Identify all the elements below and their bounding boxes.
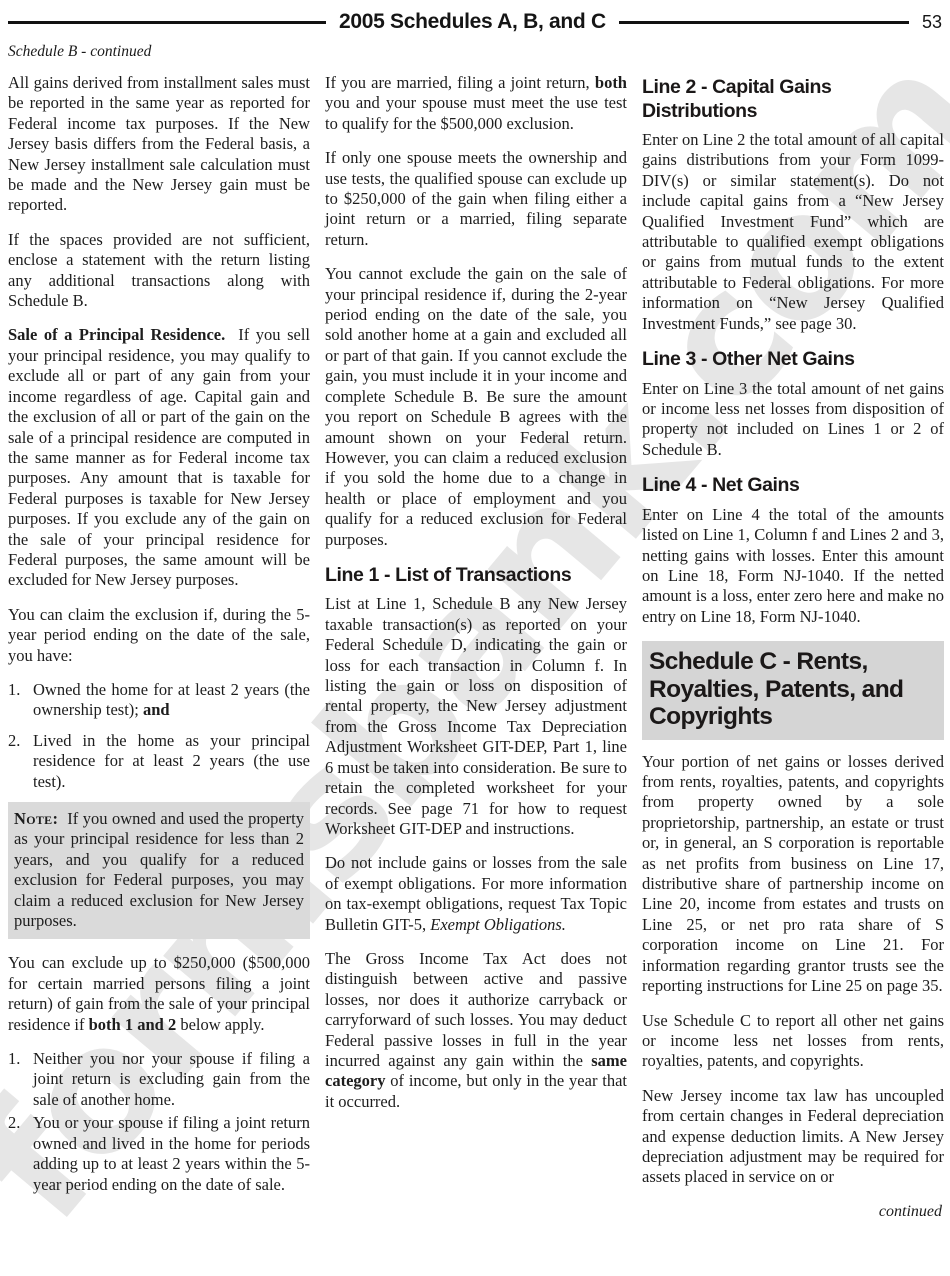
paragraph: Enter on Line 4 the total of the amounts…: [642, 505, 944, 627]
text-run: If only one spouse meets the ownership a…: [325, 148, 627, 249]
text-run: Exempt Obligations.: [430, 915, 566, 934]
text-run: Your portion of net gains or losses deri…: [642, 752, 944, 995]
list-item-number: 1.: [8, 1049, 33, 1110]
paragraph: Enter on Line 3 the total amount of net …: [642, 379, 944, 461]
continued-label: continued: [642, 1202, 944, 1221]
paragraph: Do not include gains or losses from the …: [325, 853, 627, 935]
section-heading: Line 2 - Capital Gains Distributions: [642, 76, 944, 123]
list-item-text: Lived in the home as your principal resi…: [33, 731, 310, 792]
text-run: You cannot exclude the gain on the sale …: [325, 264, 627, 548]
text-run: If the spaces provided are not sufficien…: [8, 230, 310, 310]
schedule-c-heading: Schedule C - Rents, Royalties, Patents, …: [642, 641, 944, 740]
document-page: 2005 Schedules A, B, and C 53 Schedule B…: [0, 0, 950, 1276]
numbered-list-item: 1.Owned the home for at least 2 years (t…: [8, 680, 310, 721]
text-run: Neither you nor your spouse if filing a …: [33, 1049, 310, 1109]
text-run: Enter on Line 2 the total amount of all …: [642, 130, 944, 333]
text-run: below apply.: [176, 1015, 264, 1034]
paragraph: Use Schedule C to report all other net g…: [642, 1011, 944, 1072]
text-run: All gains derived from installment sales…: [8, 73, 310, 214]
numbered-list-item: 1.Neither you nor your spouse if filing …: [8, 1049, 310, 1110]
middle-column: If you are married, filing a joint retur…: [325, 73, 627, 1221]
list-item-number: 1.: [8, 680, 33, 721]
list-item-number: 2.: [8, 1113, 33, 1195]
paragraph: You cannot exclude the gain on the sale …: [325, 264, 627, 550]
paragraph: New Jersey income tax law has uncoupled …: [642, 1086, 944, 1188]
numbered-list-item: 2.You or your spouse if filing a joint r…: [8, 1113, 310, 1195]
page-number: 53: [922, 12, 944, 33]
list-item-text: Neither you nor your spouse if filing a …: [33, 1049, 310, 1110]
text-run: both 1 and 2: [89, 1015, 177, 1034]
text-run: The Gross Income Tax Act does not distin…: [325, 949, 627, 1070]
paragraph: All gains derived from installment sales…: [8, 73, 310, 216]
text-run: New Jersey income tax law has uncoupled …: [642, 1086, 944, 1187]
text-run: Sale of a Principal Residence.: [8, 325, 225, 344]
numbered-list-item: 2.Lived in the home as your principal re…: [8, 731, 310, 792]
paragraph: You can claim the exclusion if, during t…: [8, 605, 310, 666]
page-header: 2005 Schedules A, B, and C 53: [8, 8, 944, 36]
paragraph: If you are married, filing a joint retur…: [325, 73, 627, 134]
text-run: If you owned and used the property as yo…: [14, 809, 304, 930]
paragraph: If the spaces provided are not sufficien…: [8, 230, 310, 312]
columns-container: All gains derived from installment sales…: [8, 73, 944, 1221]
left-column: All gains derived from installment sales…: [8, 73, 310, 1221]
paragraph: Sale of a Principal Residence. If you se…: [8, 325, 310, 590]
text-run: Owned the home for at least 2 years (the…: [33, 680, 310, 719]
text-run: Note:: [14, 809, 58, 828]
numbered-list: 1.Neither you nor your spouse if filing …: [8, 1049, 310, 1195]
text-run: You can claim the exclusion if, during t…: [8, 605, 310, 665]
list-item-text: You or your spouse if filing a joint ret…: [33, 1113, 310, 1195]
header-rule-left: [8, 21, 326, 24]
page-title: 2005 Schedules A, B, and C: [339, 10, 606, 34]
schedule-b-continued-label: Schedule B - continued: [8, 43, 944, 61]
text-run: both: [595, 73, 627, 92]
text-run: Lived in the home as your principal resi…: [33, 731, 310, 791]
text-run: If you are married, filing a joint retur…: [325, 73, 595, 92]
text-run: you and your spouse must meet the use te…: [325, 93, 627, 132]
text-run: Use Schedule C to report all other net g…: [642, 1011, 944, 1071]
section-heading: Line 4 - Net Gains: [642, 474, 944, 498]
paragraph: Enter on Line 2 the total amount of all …: [642, 130, 944, 334]
text-run: and: [143, 700, 170, 719]
section-heading: Line 1 - List of Transactions: [325, 564, 627, 588]
paragraph: If only one spouse meets the ownership a…: [325, 148, 627, 250]
numbered-list: 1.Owned the home for at least 2 years (t…: [8, 680, 310, 792]
text-run: Enter on Line 3 the total amount of net …: [642, 379, 944, 459]
text-run: You or your spouse if filing a joint ret…: [33, 1113, 310, 1193]
section-heading: Line 3 - Other Net Gains: [642, 348, 944, 372]
text-run: If you sell your principal residence, yo…: [8, 325, 310, 589]
list-item-text: Owned the home for at least 2 years (the…: [33, 680, 310, 721]
paragraph: Your portion of net gains or losses deri…: [642, 752, 944, 997]
paragraph: List at Line 1, Schedule B any New Jerse…: [325, 594, 627, 839]
header-rule-right: [619, 21, 909, 24]
paragraph: The Gross Income Tax Act does not distin…: [325, 949, 627, 1112]
right-column: Line 2 - Capital Gains DistributionsEnte…: [642, 73, 944, 1221]
list-item-number: 2.: [8, 731, 33, 792]
text-run: List at Line 1, Schedule B any New Jerse…: [325, 594, 627, 837]
note-box: Note: If you owned and used the property…: [8, 802, 310, 939]
paragraph: You can exclude up to $250,000 ($500,000…: [8, 953, 310, 1035]
text-run: Enter on Line 4 the total of the amounts…: [642, 505, 944, 626]
